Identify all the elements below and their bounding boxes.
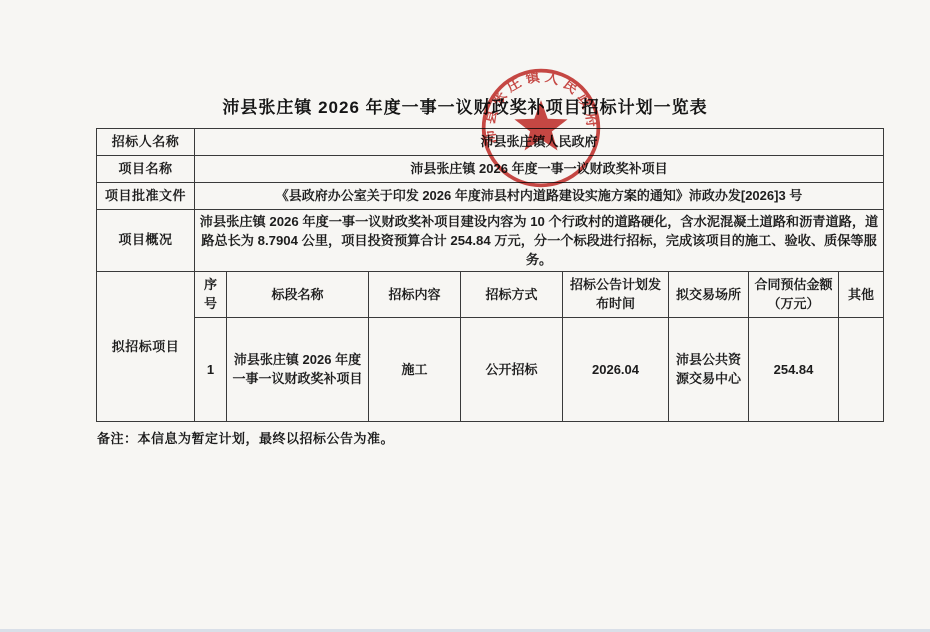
- bid-section-label: 拟招标项目: [97, 272, 195, 422]
- cell-seq: 1: [195, 318, 227, 422]
- col-header-method: 招标方式: [461, 272, 563, 318]
- table-data-row: 1 沛县张庄镇 2026 年度一事一议财政奖补项目 施工 公开招标 2026.0…: [97, 318, 884, 422]
- table-row-approval-doc: 项目批准文件 《县政府办公室关于印发 2026 年度沛县村内道路建设实施方案的通…: [97, 183, 884, 210]
- overview-value: 沛县张庄镇 2026 年度一事一议财政奖补项目建设内容为 10 个行政村的道路硬…: [195, 210, 884, 272]
- table-row-overview: 项目概况 沛县张庄镇 2026 年度一事一议财政奖补项目建设内容为 10 个行政…: [97, 210, 884, 272]
- table-header-row: 拟招标项目 序号 标段名称 招标内容 招标方式 招标公告计划发布时间 拟交易场所…: [97, 272, 884, 318]
- project-name-value: 沛县张庄镇 2026 年度一事一议财政奖补项目: [195, 156, 884, 183]
- col-header-content: 招标内容: [369, 272, 461, 318]
- bid-plan-table: 招标人名称 沛县张庄镇人民政府 项目名称 沛县张庄镇 2026 年度一事一议财政…: [96, 128, 884, 422]
- overview-label: 项目概况: [97, 210, 195, 272]
- col-header-other: 其他: [839, 272, 884, 318]
- approval-doc-value: 《县政府办公室关于印发 2026 年度沛县村内道路建设实施方案的通知》沛政办发[…: [195, 183, 884, 210]
- bidder-name-value: 沛县张庄镇人民政府: [195, 129, 884, 156]
- cell-content: 施工: [369, 318, 461, 422]
- cell-amount: 254.84: [749, 318, 839, 422]
- approval-doc-label: 项目批准文件: [97, 183, 195, 210]
- col-header-seq: 序号: [195, 272, 227, 318]
- cell-venue: 沛县公共资源交易中心: [669, 318, 749, 422]
- col-header-announce-time: 招标公告计划发布时间: [563, 272, 669, 318]
- table-row-project-name: 项目名称 沛县张庄镇 2026 年度一事一议财政奖补项目: [97, 156, 884, 183]
- footer-note: 备注：本信息为暂定计划，最终以招标公告为准。: [97, 428, 394, 447]
- cell-method: 公开招标: [461, 318, 563, 422]
- table-row-bidder: 招标人名称 沛县张庄镇人民政府: [97, 129, 884, 156]
- page-title: 沛县张庄镇 2026 年度一事一议财政奖补项目招标计划一览表: [0, 93, 930, 118]
- project-name-label: 项目名称: [97, 156, 195, 183]
- col-header-venue: 拟交易场所: [669, 272, 749, 318]
- cell-section-name: 沛县张庄镇 2026 年度一事一议财政奖补项目: [227, 318, 369, 422]
- bidder-name-label: 招标人名称: [97, 129, 195, 156]
- scanned-document-page: { "page": { "title": "沛县张庄镇 2026 年度一事一议财…: [0, 0, 930, 632]
- col-header-amount: 合同预估金额（万元）: [749, 272, 839, 318]
- cell-other: [839, 318, 884, 422]
- col-header-section-name: 标段名称: [227, 272, 369, 318]
- cell-announce-time: 2026.04: [563, 318, 669, 422]
